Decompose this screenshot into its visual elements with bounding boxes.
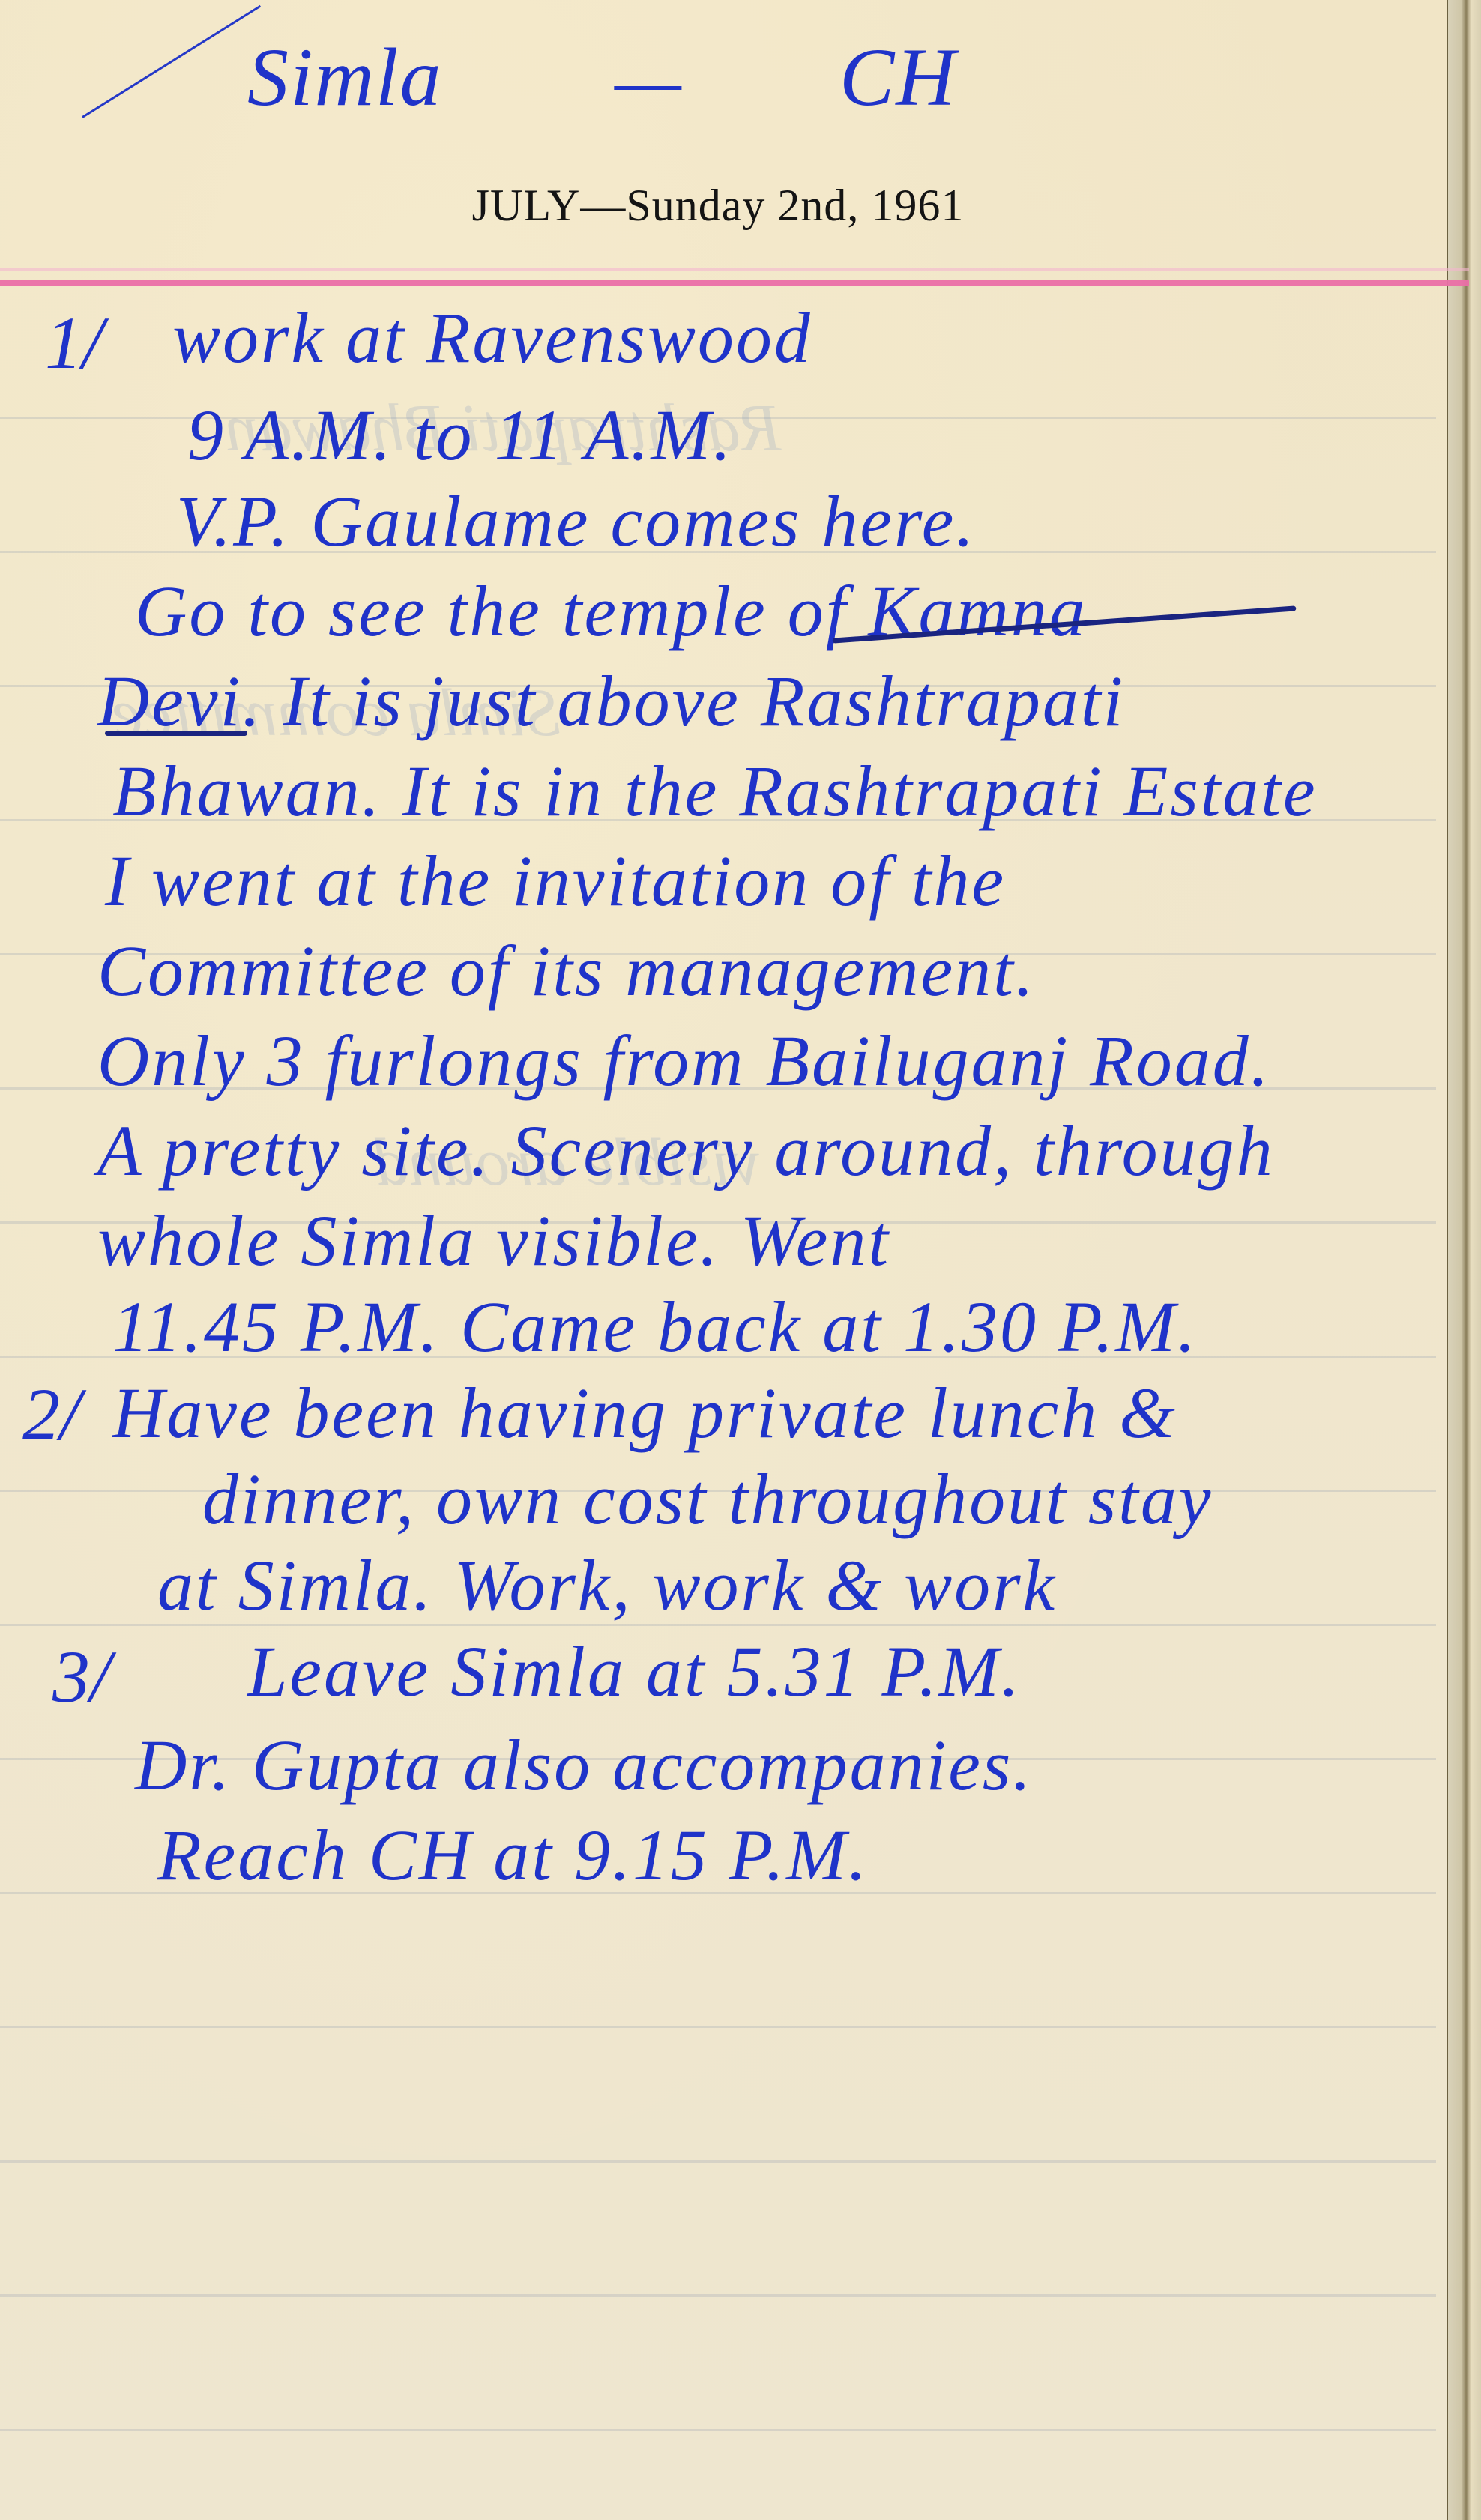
separator: — <box>615 37 683 124</box>
place-from: Simla <box>247 30 443 125</box>
entry-line: 9 A.M. to 11 A.M. <box>187 393 733 477</box>
margin-rule <box>0 280 1469 286</box>
entry-line: Have been having private lunch & <box>112 1371 1177 1454</box>
entry-number: 2/ <box>22 1371 81 1457</box>
entry-line: dinner, own cost throughout stay <box>202 1457 1213 1541</box>
pen-stroke <box>82 5 261 118</box>
entry-line: V.P. Gaulame comes here. <box>176 480 976 563</box>
entry-line: Go to see the temple of Kamna <box>135 569 1088 653</box>
entry-line: work at Ravenswood <box>172 296 812 379</box>
entry-number: 1/ <box>45 300 103 386</box>
book-spine-edge <box>1447 0 1481 2520</box>
underline-mark <box>105 731 247 736</box>
diary-page: Rashtrapati Bhawan Simla committee visib… <box>0 0 1481 2520</box>
entry-line: Committee of its management. <box>97 929 1036 1012</box>
place-to: CH <box>839 30 957 125</box>
entry-line: Leave Simla at 5.31 P.M. <box>247 1630 1022 1713</box>
entry-line: Dr. Gupta also accompanies. <box>135 1723 1033 1807</box>
entry-line: A pretty site. Scenery around, through <box>97 1109 1275 1192</box>
entry-line: Only 3 furlongs from Bailuganj Road. <box>97 1019 1271 1102</box>
entry-line: Bhawan. It is in the Rashtrapati Estate <box>112 749 1318 833</box>
entry-line: at Simla. Work, work & work <box>157 1544 1057 1627</box>
entry-line: I went at the invitation of the <box>105 839 1006 922</box>
margin-rule-faint <box>0 268 1469 271</box>
entry-line: whole Simla visible. Went <box>97 1199 890 1282</box>
entry-line: Devi. It is just above Rashtrapati <box>97 659 1125 743</box>
printed-date-header: JULY—Sunday 2nd, 1961 <box>0 180 1436 232</box>
entry-line: 11.45 P.M. Came back at 1.30 P.M. <box>112 1285 1198 1368</box>
entry-line: Reach CH at 9.15 P.M. <box>157 1813 869 1897</box>
travel-note: Simla — CH <box>0 0 1424 150</box>
entry-number: 3/ <box>52 1634 111 1720</box>
